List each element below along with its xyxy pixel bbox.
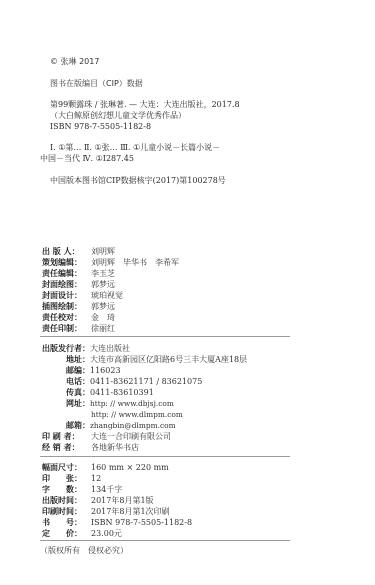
fax-row: 传真：0411-83610391 bbox=[66, 387, 154, 398]
spec-label: 定 价： bbox=[42, 528, 91, 539]
cip-title: 图书在版编目（CIP）数据 bbox=[50, 78, 143, 89]
spec-row: 出版时间：2017年8月第1版 bbox=[42, 495, 154, 506]
zip-value: 116023 bbox=[90, 366, 121, 375]
address-label: 地址： bbox=[66, 354, 90, 365]
credit-label: 封面设计： bbox=[42, 290, 91, 301]
distributor-value: 各地新华书店 bbox=[91, 443, 139, 452]
fax-value: 0411-83610391 bbox=[90, 388, 154, 397]
address-value: 大连市高新园区亿阳路6号三丰大厦A座18层 bbox=[90, 355, 247, 364]
zip-row: 邮编：116023 bbox=[66, 365, 121, 376]
credit-label: 责任编辑： bbox=[42, 268, 91, 279]
credit-label: 插图绘制： bbox=[42, 301, 91, 312]
printer-value: 大连一合印刷有限公司 bbox=[91, 432, 171, 441]
cip-line-2: （大白鲸原创幻想儿童文学优秀作品） bbox=[50, 110, 186, 121]
spec-value: 2017年8月第1版 bbox=[91, 496, 154, 505]
publisher-value: 大连出版社 bbox=[90, 344, 130, 353]
credit-value: 金 琦 bbox=[91, 313, 115, 322]
copyright-page: © 张琳 2017 图书在版编目（CIP）数据 第99颗露珠 / 张琳著. — … bbox=[0, 0, 375, 585]
distributor-row: 经 销 者：各地新华书店 bbox=[42, 442, 139, 453]
spec-row: 字 数：134千字 bbox=[42, 484, 122, 495]
printer-label: 印 刷 者： bbox=[42, 431, 91, 442]
spec-value: 23.00元 bbox=[91, 529, 122, 538]
spec-value: 160 mm × 220 mm bbox=[91, 463, 169, 472]
spec-row: 印 张：12 bbox=[42, 473, 101, 484]
credit-row: 封面设计：琥珀视觉 bbox=[42, 290, 123, 301]
spec-value: 12 bbox=[91, 474, 101, 483]
credit-row: 责任印制：徐丽红 bbox=[42, 323, 115, 334]
email-row: 邮箱：zhangbin@dlmpm.com bbox=[66, 420, 176, 431]
spec-value: 2017年8月第1次印刷 bbox=[91, 507, 170, 516]
email-link[interactable]: zhangbin@dlmpm.com bbox=[90, 421, 176, 430]
credit-row: 责任校对：金 琦 bbox=[42, 312, 115, 323]
credit-label: 出 版 人： bbox=[42, 246, 91, 257]
cip-library-record: 中国版本图书馆CIP数据核字(2017)第100278号 bbox=[50, 175, 226, 186]
spec-value: ISBN 978-7-5505-1182-8 bbox=[91, 518, 192, 527]
credit-label: 封面绘图： bbox=[42, 279, 91, 290]
web-row-2: http: // www.dlmpm.com bbox=[91, 409, 183, 420]
cip-isbn: ISBN 978-7-5505-1182-8 bbox=[50, 121, 151, 132]
spec-label: 印 张： bbox=[42, 473, 91, 484]
phone-value: 0411-83621171 / 83621075 bbox=[90, 377, 202, 386]
credit-value: 李玉芝 bbox=[91, 269, 115, 278]
zip-label: 邮编： bbox=[66, 365, 90, 376]
spec-value: 134千字 bbox=[91, 485, 122, 494]
spec-row: 定 价：23.00元 bbox=[42, 528, 122, 539]
spec-label: 书 号： bbox=[42, 517, 91, 528]
credit-value: 刘明辉 bbox=[91, 247, 115, 256]
web-link-2[interactable]: http: // www.dlmpm.com bbox=[91, 410, 183, 419]
divider bbox=[40, 336, 290, 337]
phone-row: 电话：0411-83621171 / 83621075 bbox=[66, 376, 202, 387]
email-label: 邮箱： bbox=[66, 420, 90, 431]
cip-classification-2: 中国－当代 Ⅳ. ①I287.45 bbox=[40, 153, 134, 164]
credit-label: 责任校对： bbox=[42, 312, 91, 323]
phone-label: 电话： bbox=[66, 376, 90, 387]
credit-value: 郭梦远 bbox=[91, 280, 115, 289]
credit-label: 责任印制： bbox=[42, 323, 91, 334]
spec-label: 印刷时间： bbox=[42, 506, 91, 517]
distributor-label: 经 销 者： bbox=[42, 442, 91, 453]
spec-row: 印刷时间：2017年8月第1次印刷 bbox=[42, 506, 170, 517]
credit-row: 出 版 人：刘明辉 bbox=[42, 246, 115, 257]
publisher-label: 出版发行者： bbox=[42, 343, 90, 354]
credit-row: 插图绘制：郭梦远 bbox=[42, 301, 115, 312]
credit-value: 刘明辉 毕华书 李希军 bbox=[91, 258, 179, 267]
web-label: 网址： bbox=[66, 398, 90, 409]
spec-label: 出版时间： bbox=[42, 495, 91, 506]
credit-label: 策划编辑： bbox=[42, 257, 91, 268]
credit-value: 郭梦远 bbox=[91, 302, 115, 311]
address-row: 地址：大连市高新园区亿阳路6号三丰大厦A座18层 bbox=[66, 354, 247, 365]
divider bbox=[40, 456, 290, 457]
web-row: 网址：http: // www.dbjsj.com bbox=[66, 398, 174, 409]
credit-value: 琥珀视觉 bbox=[91, 291, 123, 300]
spec-row: 幅面尺寸：160 mm × 220 mm bbox=[42, 462, 169, 473]
credit-row: 封面绘图：郭梦远 bbox=[42, 279, 115, 290]
credit-value: 徐丽红 bbox=[91, 324, 115, 333]
web-link-1[interactable]: http: // www.dbjsj.com bbox=[90, 399, 174, 408]
cip-line-1: 第99颗露珠 / 张琳著. — 大连：大连出版社，2017.8 bbox=[50, 99, 240, 110]
cip-classification-1: Ⅰ. ①第… Ⅱ. ①张… Ⅲ. ①儿童小说－长篇小说－ bbox=[50, 142, 220, 153]
publisher-row: 出版发行者：大连出版社 bbox=[42, 343, 130, 354]
rights-notice: （版权所有 侵权必究） bbox=[40, 545, 128, 556]
credit-row: 责任编辑：李玉芝 bbox=[42, 268, 115, 279]
spec-label: 幅面尺寸： bbox=[42, 462, 91, 473]
spec-row: 书 号：ISBN 978-7-5505-1182-8 bbox=[42, 517, 192, 528]
credit-row: 策划编辑：刘明辉 毕华书 李希军 bbox=[42, 257, 179, 268]
fax-label: 传真： bbox=[66, 387, 90, 398]
divider bbox=[40, 540, 290, 541]
copyright-notice: © 张琳 2017 bbox=[50, 56, 99, 67]
printer-row: 印 刷 者：大连一合印刷有限公司 bbox=[42, 431, 171, 442]
spec-label: 字 数： bbox=[42, 484, 91, 495]
